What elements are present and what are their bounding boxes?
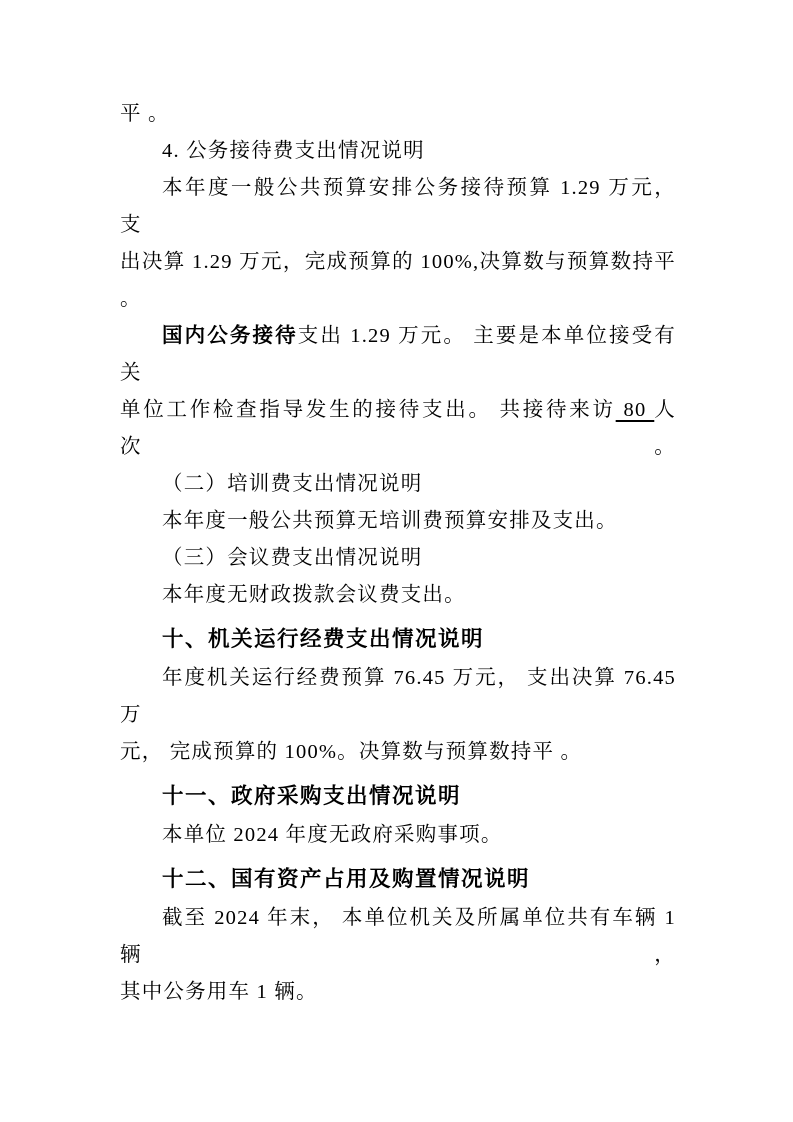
text-segment: 本单位 2024 年度无政府采购事项。	[162, 824, 503, 846]
document-page: 平 。4. 公务接待费支出情况说明本年度一般公共预算安排公务接待预算 1.29 …	[0, 0, 793, 1122]
para-reception-line-1: 本年度一般公共预算安排公务接待预算 1.29 万元， 支	[120, 170, 676, 244]
text-segment: 本年度一般公共预算安排公务接待预算 1.29 万元， 支	[120, 177, 682, 236]
text-segment: 本年度一般公共预算无培训费预算安排及支出。	[162, 510, 618, 532]
para-operating-line-2: 元， 完成预算的 100%。决算数与预算数持平 。	[120, 734, 676, 771]
para-meeting-fee: 本年度无财政拨款会议费支出。	[120, 577, 676, 614]
para-training-fee: 本年度一般公共预算无培训费预算安排及支出。	[120, 503, 676, 540]
heading-2-training-fee: （二）培训费支出情况说明	[120, 466, 676, 503]
para-assets-line-1: 截至 2024 年末， 本单位机关及所属单位共有车辆 1 辆，	[120, 900, 676, 974]
heading-12-state-assets: 十二、国有资产占用及购置情况说明	[120, 861, 676, 898]
para-carryover-tail: 平 。	[120, 96, 676, 133]
text-segment: 4. 公务接待费支出情况说明	[162, 140, 425, 162]
para-domestic-reception-line-1: 国内公务接待支出 1.29 万元。 主要是本单位接受有关	[120, 318, 676, 392]
heading-4-official-reception: 4. 公务接待费支出情况说明	[120, 133, 676, 170]
text-segment: 单位工作检查指导发生的接待支出。 共接待来访	[120, 399, 616, 421]
text-segment: 年度机关运行经费预算 76.45 万元， 支出决算 76.45 万	[120, 667, 682, 726]
text-segment: 本年度无财政拨款会议费支出。	[162, 584, 466, 606]
text-segment: （三）会议费支出情况说明	[162, 547, 422, 569]
para-reception-line-2: 出决算 1.29 万元，完成预算的 100%,决算数与预算数持平 。	[120, 244, 676, 318]
text-segment: 截至 2024 年末， 本单位机关及所属单位共有车辆 1 辆，	[120, 907, 682, 966]
text-segment: 平 。	[120, 103, 170, 125]
para-procurement: 本单位 2024 年度无政府采购事项。	[120, 817, 676, 854]
text-segment: 元， 完成预算的 100%。决算数与预算数持平 。	[120, 741, 582, 763]
document-body: 平 。4. 公务接待费支出情况说明本年度一般公共预算安排公务接待预算 1.29 …	[120, 96, 676, 1011]
text-segment: 十一、政府采购支出情况说明	[162, 784, 461, 808]
para-domestic-reception-line-2: 单位工作检查指导发生的接待支出。 共接待来访 80 人次。	[120, 392, 676, 466]
bold-text-run: 国内公务接待	[162, 325, 298, 347]
para-operating-line-1: 年度机关运行经费预算 76.45 万元， 支出决算 76.45 万	[120, 660, 676, 734]
text-segment: （二）培训费支出情况说明	[162, 473, 422, 495]
para-assets-line-2: 其中公务用车 1 辆。	[120, 974, 676, 1011]
text-segment: 出决算 1.29 万元，完成预算的 100%,决算数与预算数持平 。	[120, 251, 682, 310]
text-segment: 十、机关运行经费支出情况说明	[162, 627, 484, 651]
underlined-value: 80	[616, 399, 655, 421]
heading-11-government-procurement: 十一、政府采购支出情况说明	[120, 778, 676, 815]
heading-10-operating-expenses: 十、机关运行经费支出情况说明	[120, 621, 676, 658]
text-segment: 十二、国有资产占用及购置情况说明	[162, 867, 530, 891]
text-segment: 其中公务用车 1 辆。	[120, 981, 318, 1003]
heading-3-meeting-fee: （三）会议费支出情况说明	[120, 540, 676, 577]
